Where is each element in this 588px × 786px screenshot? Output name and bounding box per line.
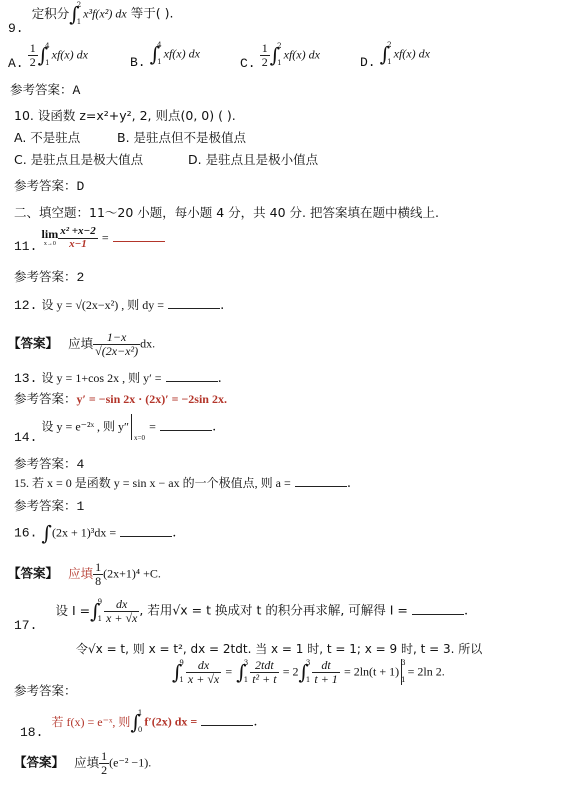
question-number: 11. xyxy=(14,239,37,254)
q17-solution-line2: ∫91dxx + √x = ∫312tdtt² + t = 2∫31dtt + … xyxy=(172,659,445,685)
question-number: 9. xyxy=(8,21,24,36)
question-stem-suffix: , 若用√x = t 换成对 t 的积分再求解, 可解得 I = xyxy=(139,603,408,618)
answer-prefix: 应填 xyxy=(68,566,93,581)
q9-option-c: C. 12∫21xf(x) dx xyxy=(240,42,320,68)
answer-label: 参考答案： xyxy=(14,269,77,284)
period: . xyxy=(464,604,468,619)
integrand: xf(x) dx xyxy=(394,47,430,61)
limit-fraction: x² +x−2x−1 xyxy=(58,226,97,250)
integral-sign: ∫ xyxy=(90,599,100,623)
period: . xyxy=(212,420,216,435)
q9-option-d: D. ∫21xf(x) dx xyxy=(360,42,430,66)
answer-blank xyxy=(295,476,347,487)
answer-tag: 【答案】 xyxy=(8,336,58,351)
answer-tag: 【答案】 xyxy=(14,755,64,770)
option-label: D. xyxy=(360,55,376,70)
fraction: dxx + √x xyxy=(186,659,221,685)
question-9: 9. 定积分∫21x³f(x²) dx 等于( ). xyxy=(8,2,174,26)
question-stem-prefix: 设 I = xyxy=(56,603,91,618)
q10-option-b: B. 是驻点但不是极值点 xyxy=(117,128,246,146)
period: . xyxy=(220,298,224,313)
answer-prefix: 应填 xyxy=(68,336,93,351)
question-number: 18. xyxy=(20,725,43,740)
q18-answer: 【答案】 应填12(e⁻² −1). xyxy=(14,750,151,776)
q14-answer: 参考答案：4 xyxy=(14,454,84,472)
equals: = xyxy=(225,665,232,679)
answer-suffix: (2x+1)⁴ +C. xyxy=(103,567,161,581)
question-18: 18. 若 f(x) = e⁻ˣ, 则∫10f′(2x) dx = . xyxy=(20,710,257,734)
period: . xyxy=(172,526,176,541)
coefficient-fraction: 12 xyxy=(260,42,270,68)
answer-fraction: 12 xyxy=(99,750,109,776)
question-12: 12. 设 y = √(2x−x²) , 则 dy = . xyxy=(14,296,224,313)
answer-blank xyxy=(166,371,218,382)
q15-answer: 参考答案：1 xyxy=(14,496,84,514)
answer-label: 参考答案： xyxy=(14,391,77,406)
q10-option-a: A. 不是驻点 xyxy=(14,128,80,146)
answer-fraction: 1−x√(2x−x²) xyxy=(93,331,140,357)
answer-blank xyxy=(120,526,172,537)
question-16: 16. ∫(2x + 1)³dx = . xyxy=(14,521,176,545)
evaluation-bar xyxy=(131,414,132,440)
question-14: 14. 设 y = e⁻²ˣ , 则 y″x=0 = . xyxy=(14,414,216,440)
answer-label: 参考答案： xyxy=(14,178,77,193)
answer-blank xyxy=(113,231,165,242)
equals: = xyxy=(102,231,109,245)
q11-answer: 参考答案：2 xyxy=(14,267,84,285)
equals: = xyxy=(149,420,156,434)
period: . xyxy=(218,371,222,386)
limit: lim x→0 xyxy=(42,228,59,248)
question-stem: 15. 若 x = 0 是函数 y = sin x − ax 的一个极值点, 则… xyxy=(14,476,291,490)
answer-prefix: 应填 xyxy=(74,755,99,770)
question-number: 13. xyxy=(14,371,37,386)
answer-suffix: dx. xyxy=(140,337,155,351)
coefficient: = 2 xyxy=(283,665,299,679)
integrand: xf(x) dx xyxy=(52,48,88,62)
q16-answer: 【答案】 应填18(2x+1)⁴ +C. xyxy=(8,561,161,587)
integral-sign: ∫ xyxy=(38,43,48,67)
integral-sign: ∫ xyxy=(130,710,140,734)
evaluation-limits: 31 xyxy=(401,660,405,684)
final-result: = 2ln 2. xyxy=(408,665,445,679)
lim-subscript: x→0 xyxy=(42,240,59,248)
integral-sign: ∫ xyxy=(172,660,182,684)
question-stem: 设 y = √(2x−x²) , 则 dy = xyxy=(42,298,164,312)
answer-value: 1 xyxy=(77,499,85,514)
question-10-stem: 10. 设函数 z=x²+y², 2, 则点(0, 0) ( ). xyxy=(14,106,236,124)
q10-option-c: C. 是驻点且是极大值点 xyxy=(14,150,143,168)
answer-label: 参考答案： xyxy=(10,82,73,97)
answer-label: 参考答案： xyxy=(14,498,77,513)
q9-option-b: B. ∫41xf(x) dx xyxy=(130,42,200,66)
question-stem: (2x + 1)³dx = xyxy=(52,526,116,540)
answer-blank xyxy=(168,298,220,309)
question-stem: 设 y = e⁻²ˣ , 则 y″ xyxy=(42,420,130,434)
integral-sign: ∫ xyxy=(69,2,79,26)
integrand: xf(x) dx xyxy=(164,47,200,61)
q12-answer: 【答案】 应填1−x√(2x−x²)dx. xyxy=(8,331,155,357)
answer-label: 参考答案： xyxy=(14,456,77,471)
answer-blank xyxy=(160,420,212,431)
integral-sign: ∫ xyxy=(42,521,52,545)
question-stem-prefix: 定积分 xyxy=(32,6,70,21)
question-17: 17. 设 I =∫91dxx + √x, 若用√x = t 换成对 t 的积分… xyxy=(14,598,468,624)
q17-solution-line1: 令√x = t, 则 x = t², dx = 2tdt. 当 x = 1 时,… xyxy=(76,640,482,657)
integrand: f′(2x) dx = xyxy=(144,715,197,729)
option-label: B. xyxy=(130,55,146,70)
question-number: 16. xyxy=(14,526,37,541)
question-number: 14. xyxy=(14,430,37,445)
question-number: 17. xyxy=(14,618,37,633)
option-label: A. xyxy=(8,56,24,71)
section-heading: 二、填空题：11～20 小题，每小题 4 分，共 40 分. 把答案填在题中横线… xyxy=(14,203,439,221)
period: . xyxy=(253,715,257,730)
answer-value: 4 xyxy=(77,457,85,472)
question-13: 13. 设 y = 1+cos 2x , 则 y′ = . xyxy=(14,369,222,386)
q10-answer: 参考答案：D xyxy=(14,176,84,194)
result: = 2ln(t + 1) xyxy=(344,665,399,679)
integrand-fraction: dxx + √x xyxy=(104,598,139,624)
answer-blank xyxy=(412,604,464,615)
question-11: 11. lim x→0 x² +x−2x−1 = xyxy=(14,226,165,250)
q10-option-d: D. 是驻点且是极小值点 xyxy=(188,150,318,168)
integral-sign: ∫ xyxy=(236,660,246,684)
coefficient-fraction: 12 xyxy=(28,42,38,68)
fraction: 2tdtt² + t xyxy=(250,659,278,685)
integral-sign: ∫ xyxy=(270,43,280,67)
option-label: C. xyxy=(240,56,256,71)
q9-option-a: A. 12∫41xf(x) dx xyxy=(8,42,88,68)
answer-tag: 【答案】 xyxy=(8,566,58,581)
question-number: 12. xyxy=(14,298,37,313)
q9-answer: 参考答案：A xyxy=(10,80,80,98)
fraction: dtt + 1 xyxy=(312,659,339,685)
integral-sign: ∫ xyxy=(380,42,390,66)
answer-suffix: (e⁻² −1). xyxy=(109,756,151,770)
answer-value: y′ = −sin 2x · (2x)′ = −2sin 2x. xyxy=(77,392,227,406)
integrand: xf(x) dx xyxy=(284,48,320,62)
answer-value: A xyxy=(73,83,81,98)
answer-value: 2 xyxy=(77,270,85,285)
integral-sign: ∫ xyxy=(150,42,160,66)
answer-blank xyxy=(201,715,253,726)
question-stem: 设 y = 1+cos 2x , 则 y′ = xyxy=(42,371,162,385)
q13-answer: 参考答案：y′ = −sin 2x · (2x)′ = −2sin 2x. xyxy=(14,389,227,407)
answer-fraction: 18 xyxy=(93,561,103,587)
period: . xyxy=(347,476,351,491)
answer-value: D xyxy=(77,179,85,194)
lim-text: lim xyxy=(42,228,59,240)
integral-sign: ∫ xyxy=(298,660,308,684)
evaluation-point: x=0 xyxy=(134,434,145,442)
question-stem-suffix: 等于( ). xyxy=(131,6,174,21)
integrand: x³f(x²) dx xyxy=(83,7,127,21)
q17-answer-label: 参考答案： xyxy=(14,681,77,699)
question-stem-prefix: 若 f(x) = e⁻ˣ, 则 xyxy=(52,715,131,729)
question-15: 15. 若 x = 0 是函数 y = sin x − ax 的一个极值点, 则… xyxy=(14,474,351,491)
